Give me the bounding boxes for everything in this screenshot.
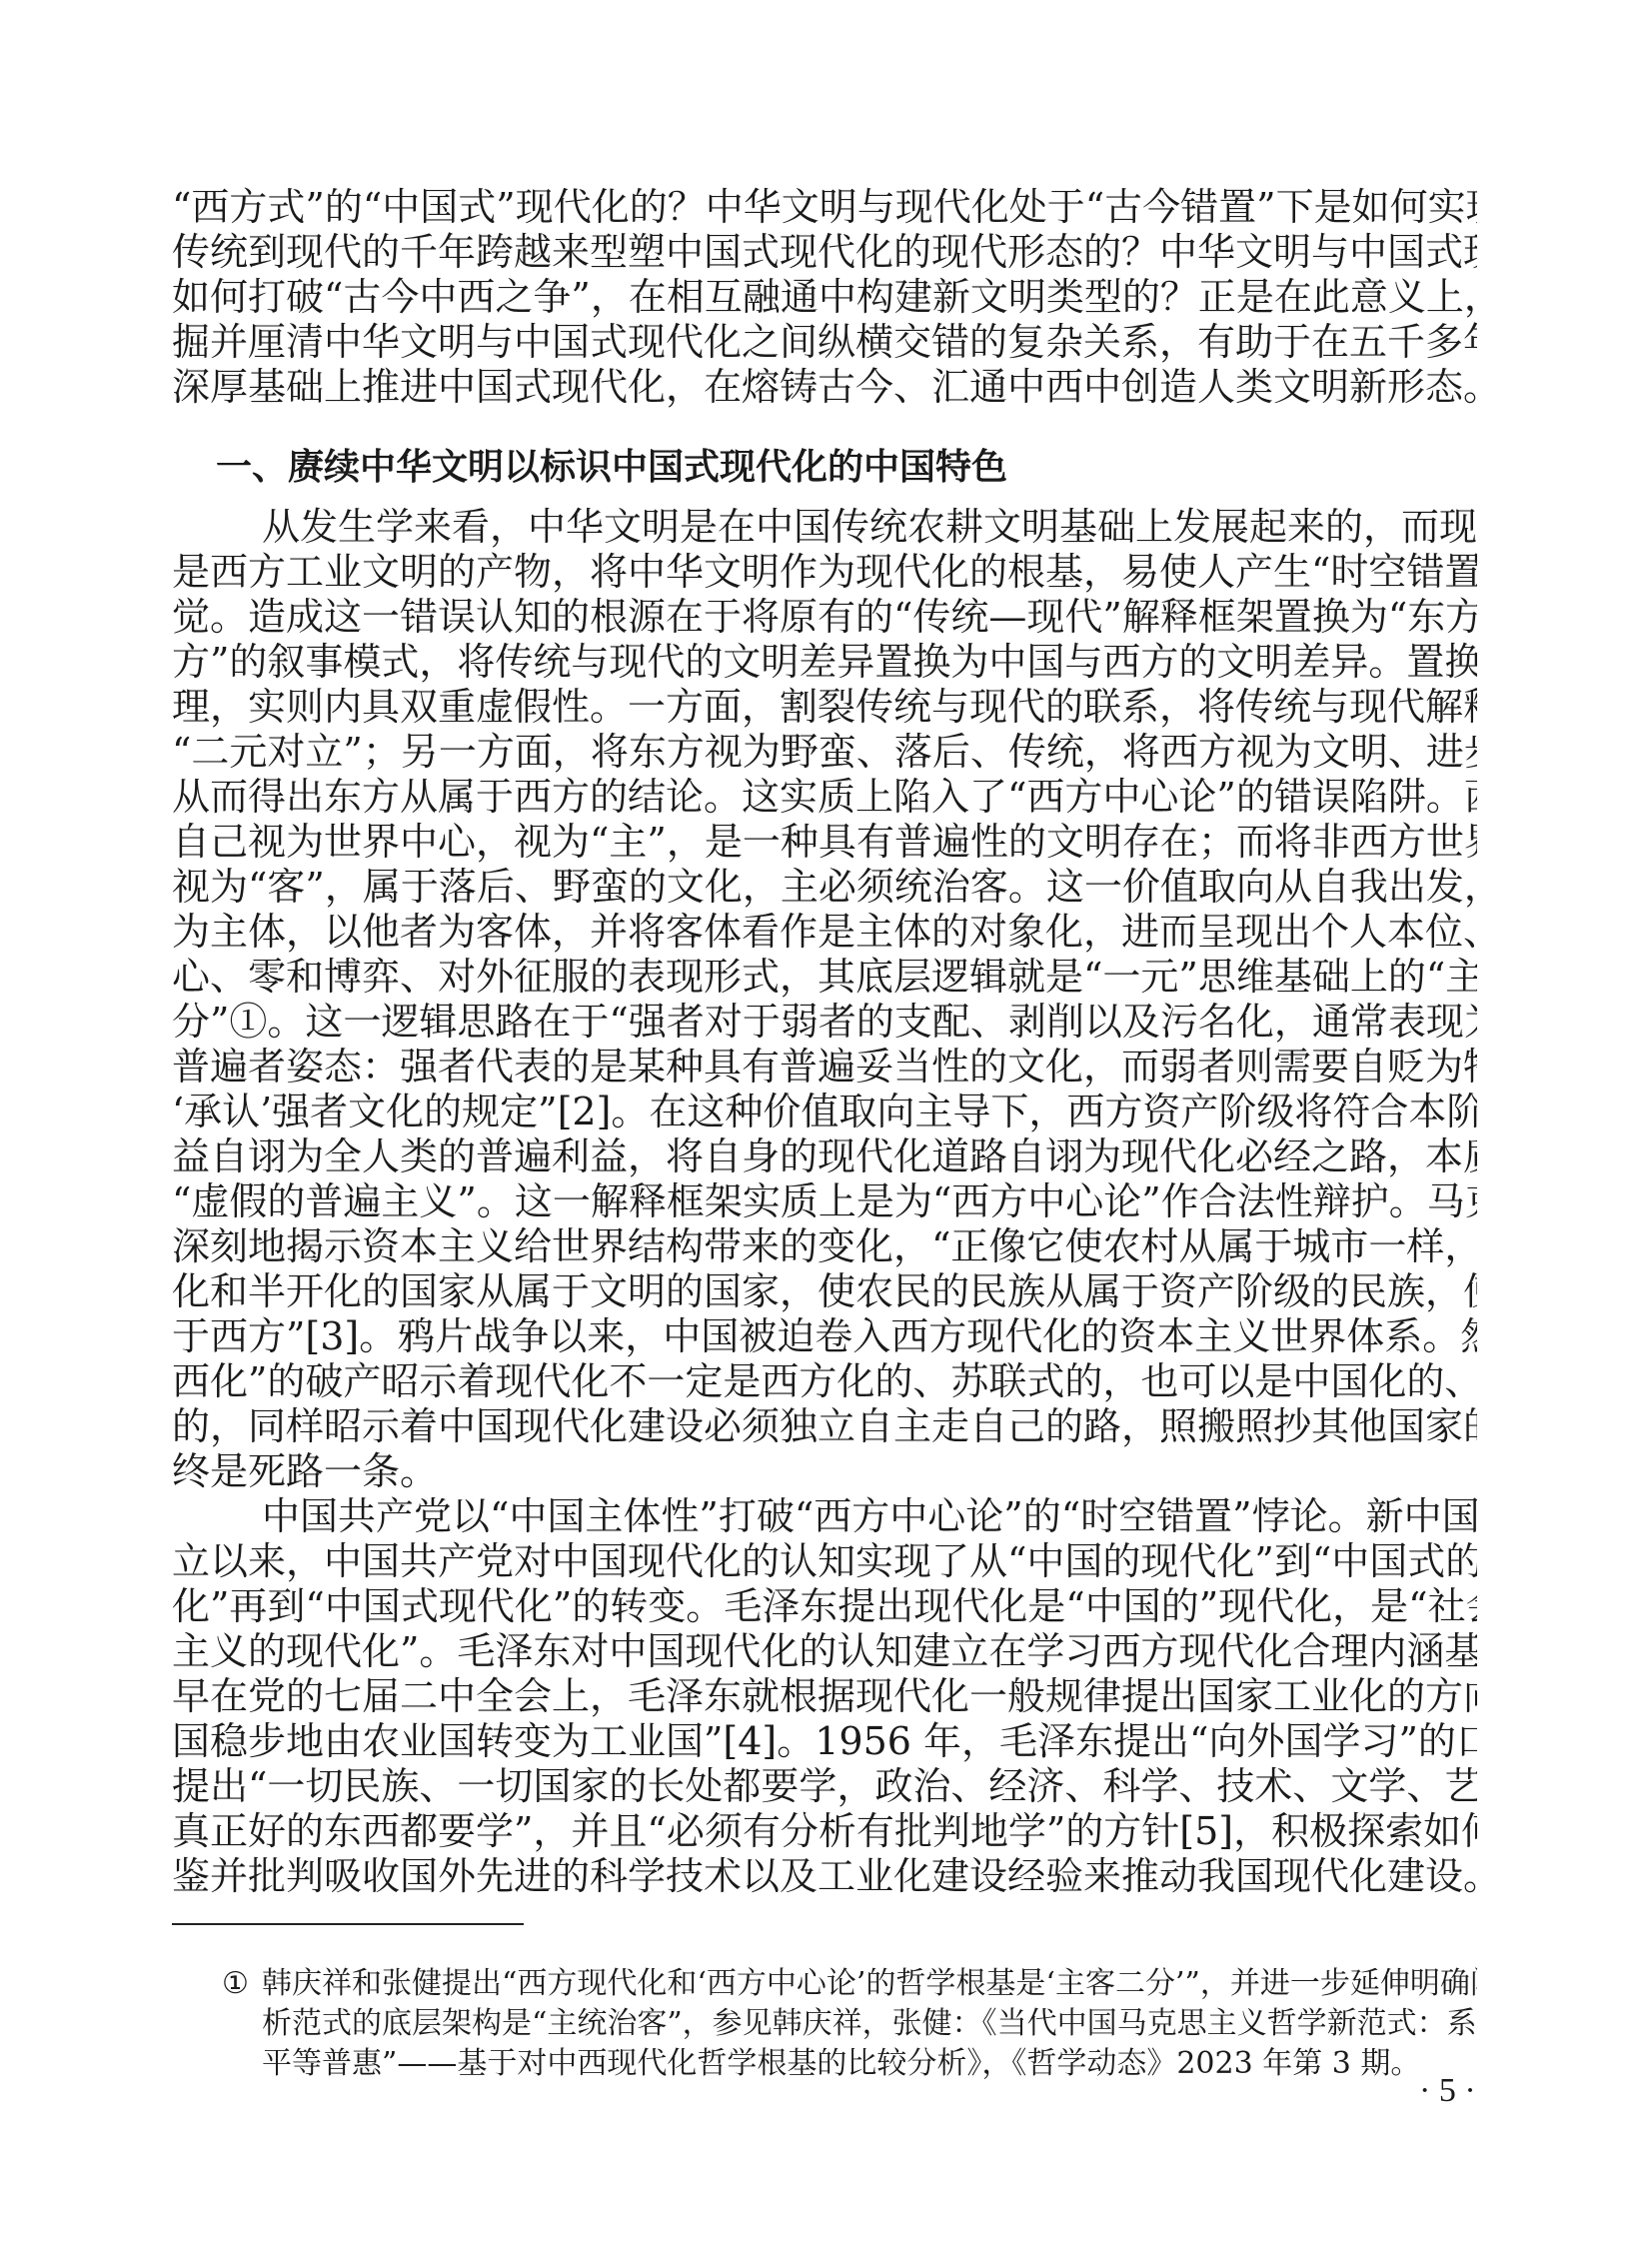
footnote-line: 韩庆祥和张健提出“西方现代化和‘西方中心论’的哲学根基是‘主客二分’”，并进一步…	[262, 1965, 1477, 2003]
text-line: 于西方”[3]。鸦片战争以来，中国被迫卷入西方现代化的资本主义世界体系。然而“全…	[172, 1314, 1477, 1359]
text-line: 深厚基础上推进中国式现代化，在熔铸古今、汇通中西中创造人类文明新形态。	[172, 365, 1477, 410]
text-line: 视为“客”，属于落后、野蛮的文化，主必须统治客。这一价值取向从自我出发，以自我	[172, 865, 1477, 910]
text-line: 分”①。这一逻辑思路在于“强者对于弱者的支配、剥削以及污名化，通常表现为强者的	[172, 1000, 1477, 1045]
text-line: 方”的叙事模式，将传统与现代的文明差异置换为中国与西方的文明差异。置换看似合	[172, 640, 1477, 685]
text-line: “虚假的普遍主义”。这一解释框架实质上是为“西方中心论”作合法性辩护。马克思曾	[172, 1179, 1477, 1224]
text-line: 国稳步地由农业国转变为工业国”[4]。1956 年，毛泽东提出“向外国学习”的口…	[172, 1719, 1477, 1764]
text-line: 早在党的七届二中全会上，毛泽东就根据现代化一般规律提出国家工业化的方向，“使中	[172, 1674, 1477, 1719]
text-line: 益自诩为全人类的普遍利益，将自身的现代化道路自诩为现代化必经之路，本质上是一种	[172, 1134, 1477, 1179]
text-line: 立以来，中国共产党对中国现代化的认知实现了从“中国的现代化”到“中国式的现代	[172, 1539, 1477, 1584]
footnote-divider	[172, 1923, 524, 1925]
page-number: · 5 ·	[1419, 2071, 1476, 2111]
footnote-line: 析范式的底层架构是“主统治客”，参见韩庆祥，张健：《当代中国马克思主义哲学新范式…	[262, 2005, 1477, 2043]
text-line: “西方式”的“中国式”现代化的？中华文明与现代化处于“古今错置”下是如何实现从	[172, 185, 1477, 230]
text-line: 西化”的破产昭示着现代化不一定是西方化的、苏联式的，也可以是中国化的、中国式	[172, 1359, 1477, 1404]
text-line: 是西方工业文明的产物，将中华文明作为现代化的根基，易使人产生“时空错置”的幻	[172, 550, 1477, 595]
text-line: 终是死路一条。	[172, 1449, 1477, 1494]
text-line: 自己视为世界中心，视为“主”，是一种具有普遍性的文明存在；而将非西方世界的民族	[172, 820, 1477, 865]
text-line: 理，实则内具双重虚假性。一方面，割裂传统与现代的联系，将传统与现代解释框架视为	[172, 685, 1477, 730]
text-line: 从发生学来看，中华文明是在中国传统农耕文明基础上发展起来的，而现代化最初则	[262, 505, 1477, 550]
footnote-marker: ①	[222, 1965, 249, 2003]
text-line: ‘承认’强者文化的规定”[2]。在这种价值取向主导下，西方资产阶级将符合本阶级的…	[172, 1090, 1477, 1134]
text-line: 化和半开化的国家从属于文明的国家，使农民的民族从属于资产阶级的民族，使东方从属	[172, 1269, 1477, 1314]
text-line: 从而得出东方从属于西方的结论。这实质上陷入了“西方中心论”的错误陷阱。西方将	[172, 775, 1477, 820]
text-line: 传统到现代的千年跨越来型塑中国式现代化的现代形态的？中华文明与中国式现代化又是	[172, 230, 1477, 275]
text-line: “二元对立”；另一方面，将东方视为野蛮、落后、传统，将西方视为文明、进步、现代，	[172, 730, 1477, 775]
text-line: 心、零和博弈、对外征服的表现形式，其底层逻辑就是“一元”思维基础上的“主客二	[172, 955, 1477, 1000]
text-line: 化”再到“中国式现代化”的转变。毛泽东提出现代化是“中国的”现代化，是“社会	[172, 1584, 1477, 1629]
text-line: 提出“一切民族、一切国家的长处都要学，政治、经济、科学、技术、文学、艺术的一切	[172, 1764, 1477, 1809]
text-line: 中国共产党以“中国主体性”打破“西方中心论”的“时空错置”悖论。新中国成	[262, 1494, 1477, 1539]
text-line: 的，同样昭示着中国现代化建设必须独立自主走自己的路，照搬照抄其他国家的现代化最	[172, 1404, 1477, 1449]
text-line: 掘并厘清中华文明与中国式现代化之间纵横交错的复杂关系，有助于在五千多年中华文明	[172, 320, 1477, 365]
text-line: 为主体，以他者为客体，并将客体看作是主体的对象化，进而呈现出个人本位、自我中	[172, 910, 1477, 955]
footnote-line: 平等普惠”——基于对中西现代化哲学根基的比较分析》，《哲学动态》2023 年第 …	[262, 2045, 1477, 2083]
text-line: 真正好的东西都要学”，并且“必须有分析有批判地学”的方针[5]，积极探索如何大胆…	[172, 1809, 1477, 1854]
text-line: 深刻地揭示资本主义给世界结构带来的变化，“正像它使农村从属于城市一样，它使未开	[172, 1224, 1477, 1269]
text-line: 鉴并批判吸收国外先进的科学技术以及工业化建设经验来推动我国现代化建设。毛泽东从	[172, 1854, 1477, 1899]
text-line: 主义的现代化”。毛泽东对中国现代化的认知建立在学习西方现代化合理内涵基础之上。	[172, 1629, 1477, 1674]
section-heading: 一、赓续中华文明以标识中国式现代化的中国特色	[216, 445, 1007, 490]
text-line: 如何打破“古今中西之争”，在相互融通中构建新文明类型的？正是在此意义上，深入挖	[172, 275, 1477, 320]
text-line: 觉。造成这一错误认知的根源在于将原有的“传统—现代”解释框架置换为“东方—西	[172, 595, 1477, 640]
text-line: 普遍者姿态：强者代表的是某种具有普遍妥当性的文化，而弱者则需要自贬为特殊者，	[172, 1045, 1477, 1090]
document-page: “西方式”的“中国式”现代化的？中华文明与现代化处于“古今错置”下是如何实现从 …	[0, 0, 1652, 2243]
